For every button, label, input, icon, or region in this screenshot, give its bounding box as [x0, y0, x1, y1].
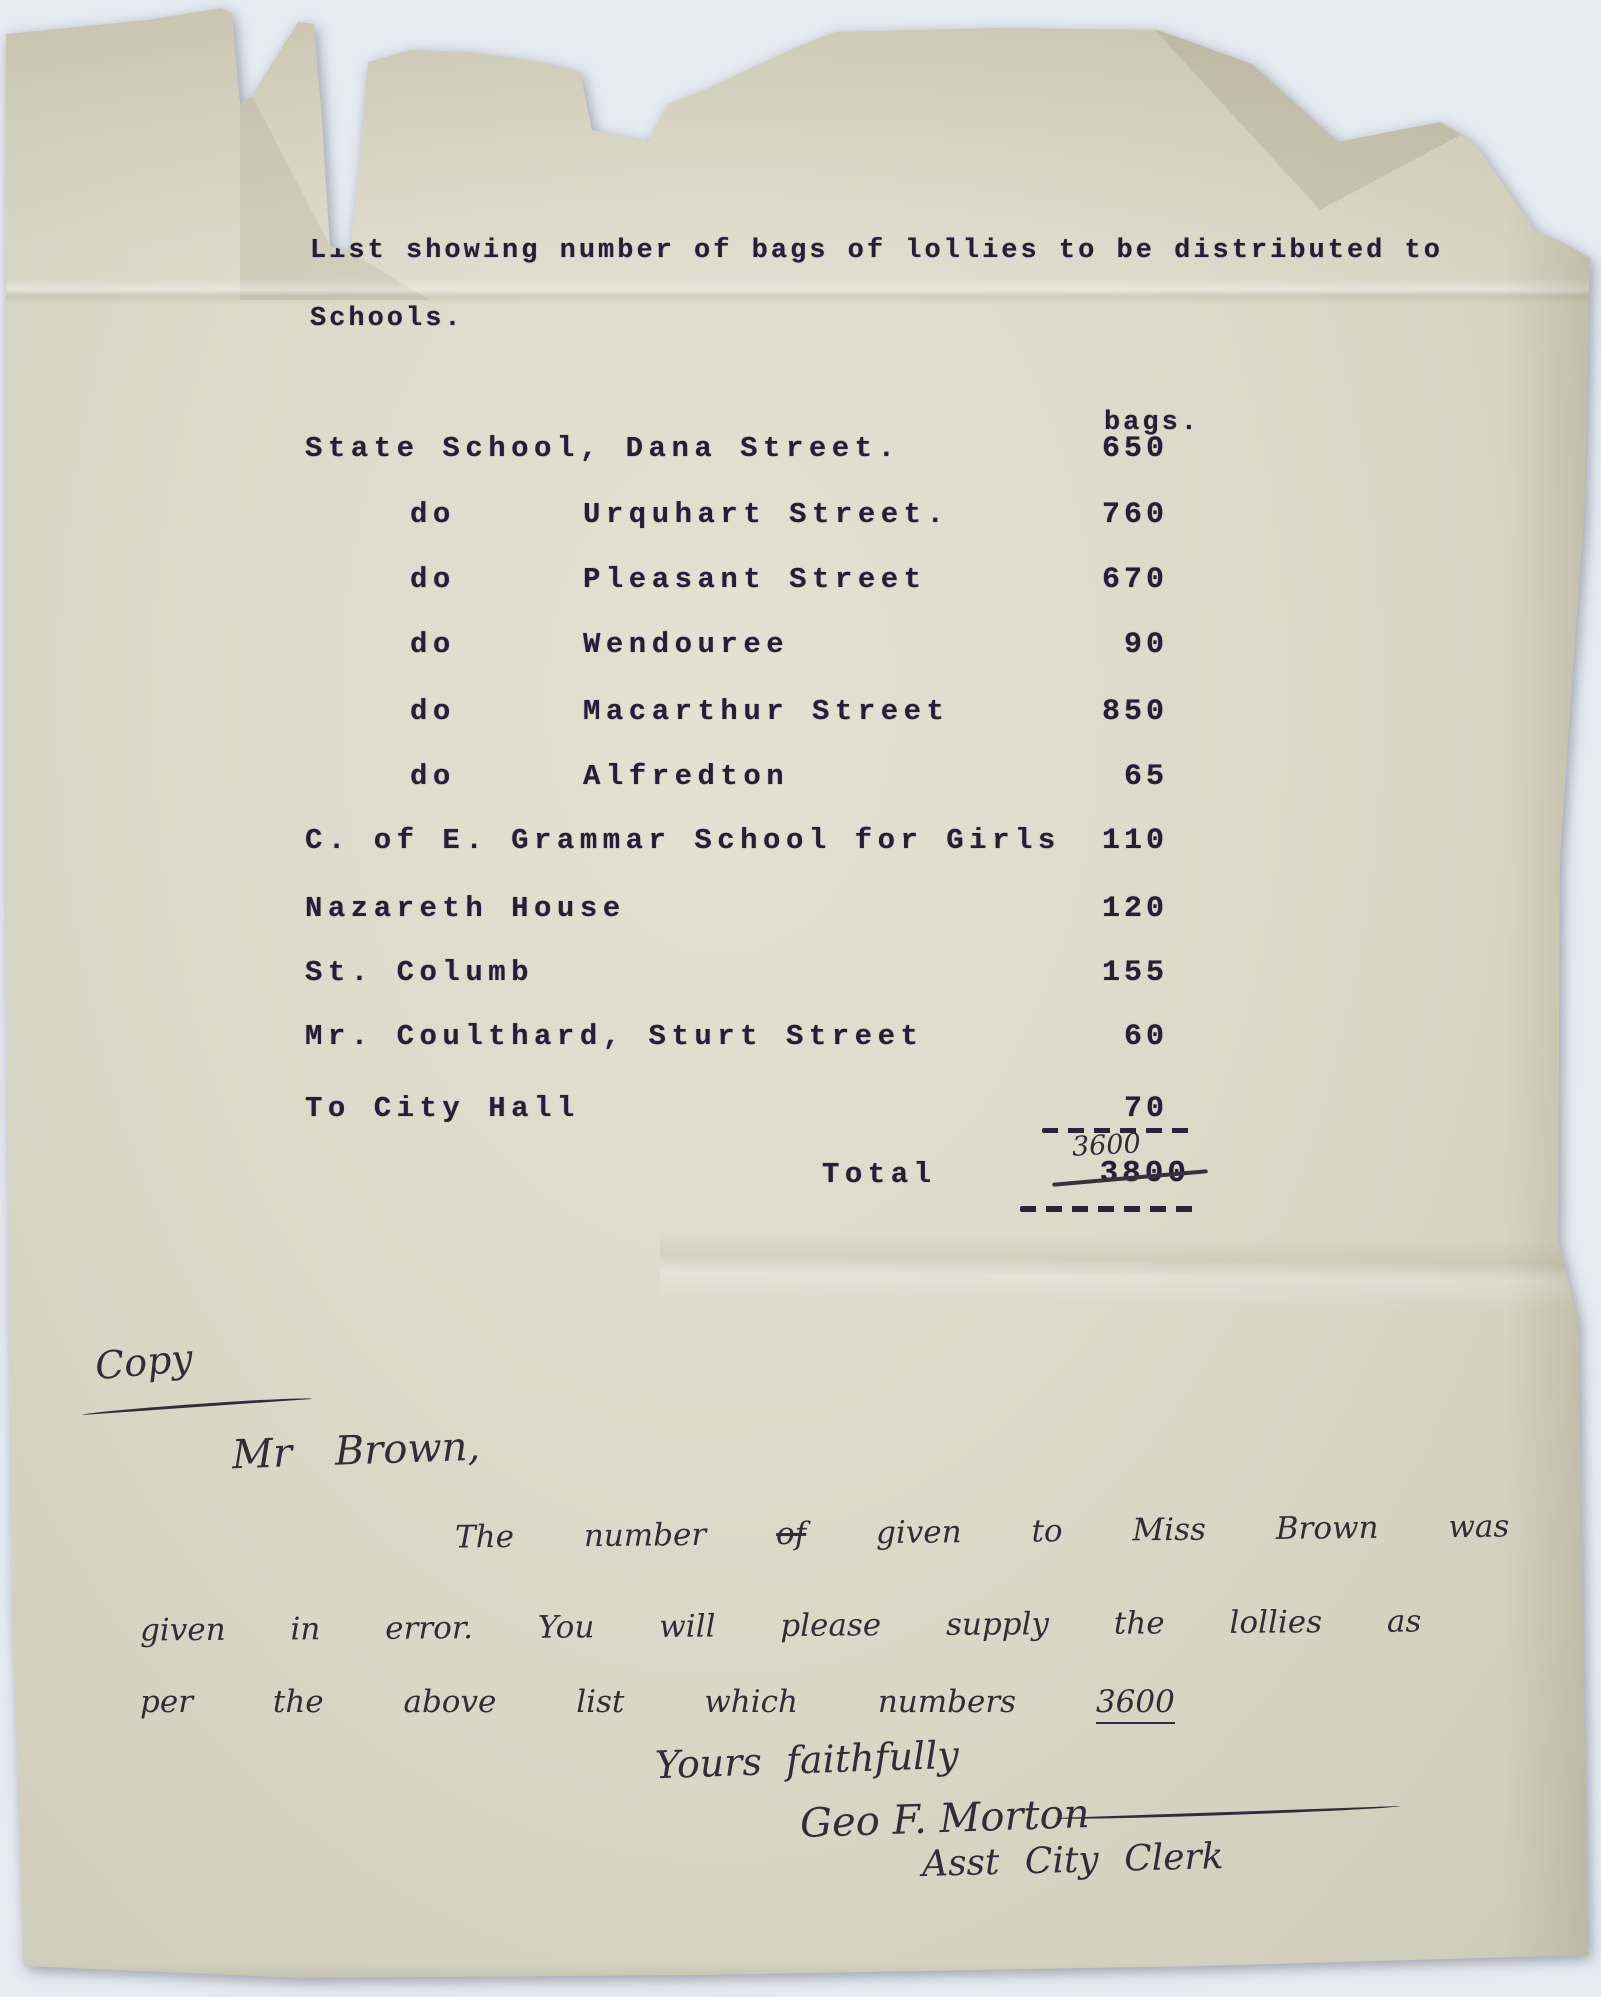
ditto-cell: do	[410, 760, 456, 793]
table-row: do Macarthur Street 850	[305, 695, 1168, 735]
table-row: do Wendouree 90	[305, 628, 1168, 668]
table-row: Nazareth House 120	[305, 892, 1168, 932]
bags-cell: 650	[978, 432, 1168, 466]
table-row: State School, Dana Street. 650	[305, 432, 1168, 472]
ditto-cell: do	[410, 563, 456, 596]
body-line1-post: given to Miss Brown was	[876, 1508, 1510, 1551]
total-label: Total	[822, 1158, 937, 1191]
ditto-cell: do	[410, 695, 456, 728]
table-row: Mr. Coulthard, Sturt Street 60	[305, 1020, 1168, 1060]
document-title-line1: List showing number of bags of lollies t…	[310, 236, 1443, 266]
table-row: C. of E. Grammar School for Girls 110	[305, 824, 1168, 864]
table-row: St. Columb 155	[305, 956, 1168, 996]
table-row: do Pleasant Street 670	[305, 563, 1168, 603]
table-row: To City Hall 70	[305, 1092, 1168, 1132]
bags-cell: 120	[978, 892, 1168, 926]
street-cell: Alfredton	[583, 760, 789, 793]
table-row: do Urquhart Street. 760	[305, 498, 1168, 538]
handwritten-salutation: Mr Brown,	[231, 1424, 481, 1479]
street-cell: Wendouree	[583, 628, 789, 661]
signature-flourish	[1055, 1806, 1400, 1821]
recipient-cell: Mr. Coulthard, Sturt Street	[305, 1020, 923, 1053]
recipient-cell: State School, Dana Street.	[305, 432, 900, 465]
recipient-cell: C. of E. Grammar School for Girls	[305, 824, 1061, 857]
bags-cell: 90	[978, 628, 1168, 662]
bottom-edge-shading	[0, 1963, 1601, 1997]
bags-cell: 155	[978, 956, 1168, 990]
copy-underline-flourish	[82, 1396, 312, 1415]
recipient-cell: St. Columb	[305, 956, 534, 989]
handwritten-closing: Yours faithfully	[654, 1733, 959, 1788]
recipient-cell: Nazareth House	[305, 892, 626, 925]
handwritten-signature: Geo F. Morton	[799, 1791, 1090, 1847]
bags-cell: 65	[978, 760, 1168, 794]
handwritten-body-line3: per the above list which numbers 3600	[140, 1684, 1175, 1720]
paper-shadow-wrapper: List showing number of bags of lollies t…	[0, 0, 1601, 1997]
bags-cell: 760	[978, 498, 1168, 532]
horizontal-crease	[0, 278, 1601, 304]
crossed-out-word: of	[776, 1516, 807, 1552]
recipient-cell: To City Hall	[305, 1092, 580, 1125]
handwritten-body-line2: given in error. You will please supply t…	[140, 1604, 1422, 1649]
street-cell: Pleasant Street	[583, 563, 927, 596]
mid-page-crease	[660, 1230, 1601, 1310]
body-line3-text: per the above list which numbers	[140, 1684, 1016, 1720]
ditto-cell: do	[410, 628, 456, 661]
street-cell: Urquhart Street.	[583, 498, 949, 531]
handwritten-body-line1: The number of given to Miss Brown was	[455, 1508, 1510, 1555]
bags-cell: 70	[978, 1092, 1168, 1126]
right-edge-crease	[1505, 140, 1590, 1977]
document-title-line2: Schools.	[310, 304, 464, 334]
paper-sheet: List showing number of bags of lollies t…	[0, 0, 1601, 1997]
street-cell: Macarthur Street	[583, 695, 949, 728]
table-row: do Alfredton 65	[305, 760, 1168, 800]
body-line1-pre: The number	[455, 1517, 707, 1556]
scanned-document-page: List showing number of bags of lollies t…	[0, 0, 1601, 1997]
handwritten-signer-title: Asst City Clerk	[922, 1836, 1225, 1885]
ditto-cell: do	[410, 498, 456, 531]
dashed-rule-below-total	[1020, 1206, 1194, 1212]
bags-cell: 110	[978, 824, 1168, 858]
bags-cell: 60	[978, 1020, 1168, 1054]
bags-cell: 670	[978, 563, 1168, 597]
handwritten-copy-label: Copy	[93, 1336, 194, 1388]
underlined-number: 3600	[1096, 1684, 1175, 1724]
bags-cell: 850	[978, 695, 1168, 729]
